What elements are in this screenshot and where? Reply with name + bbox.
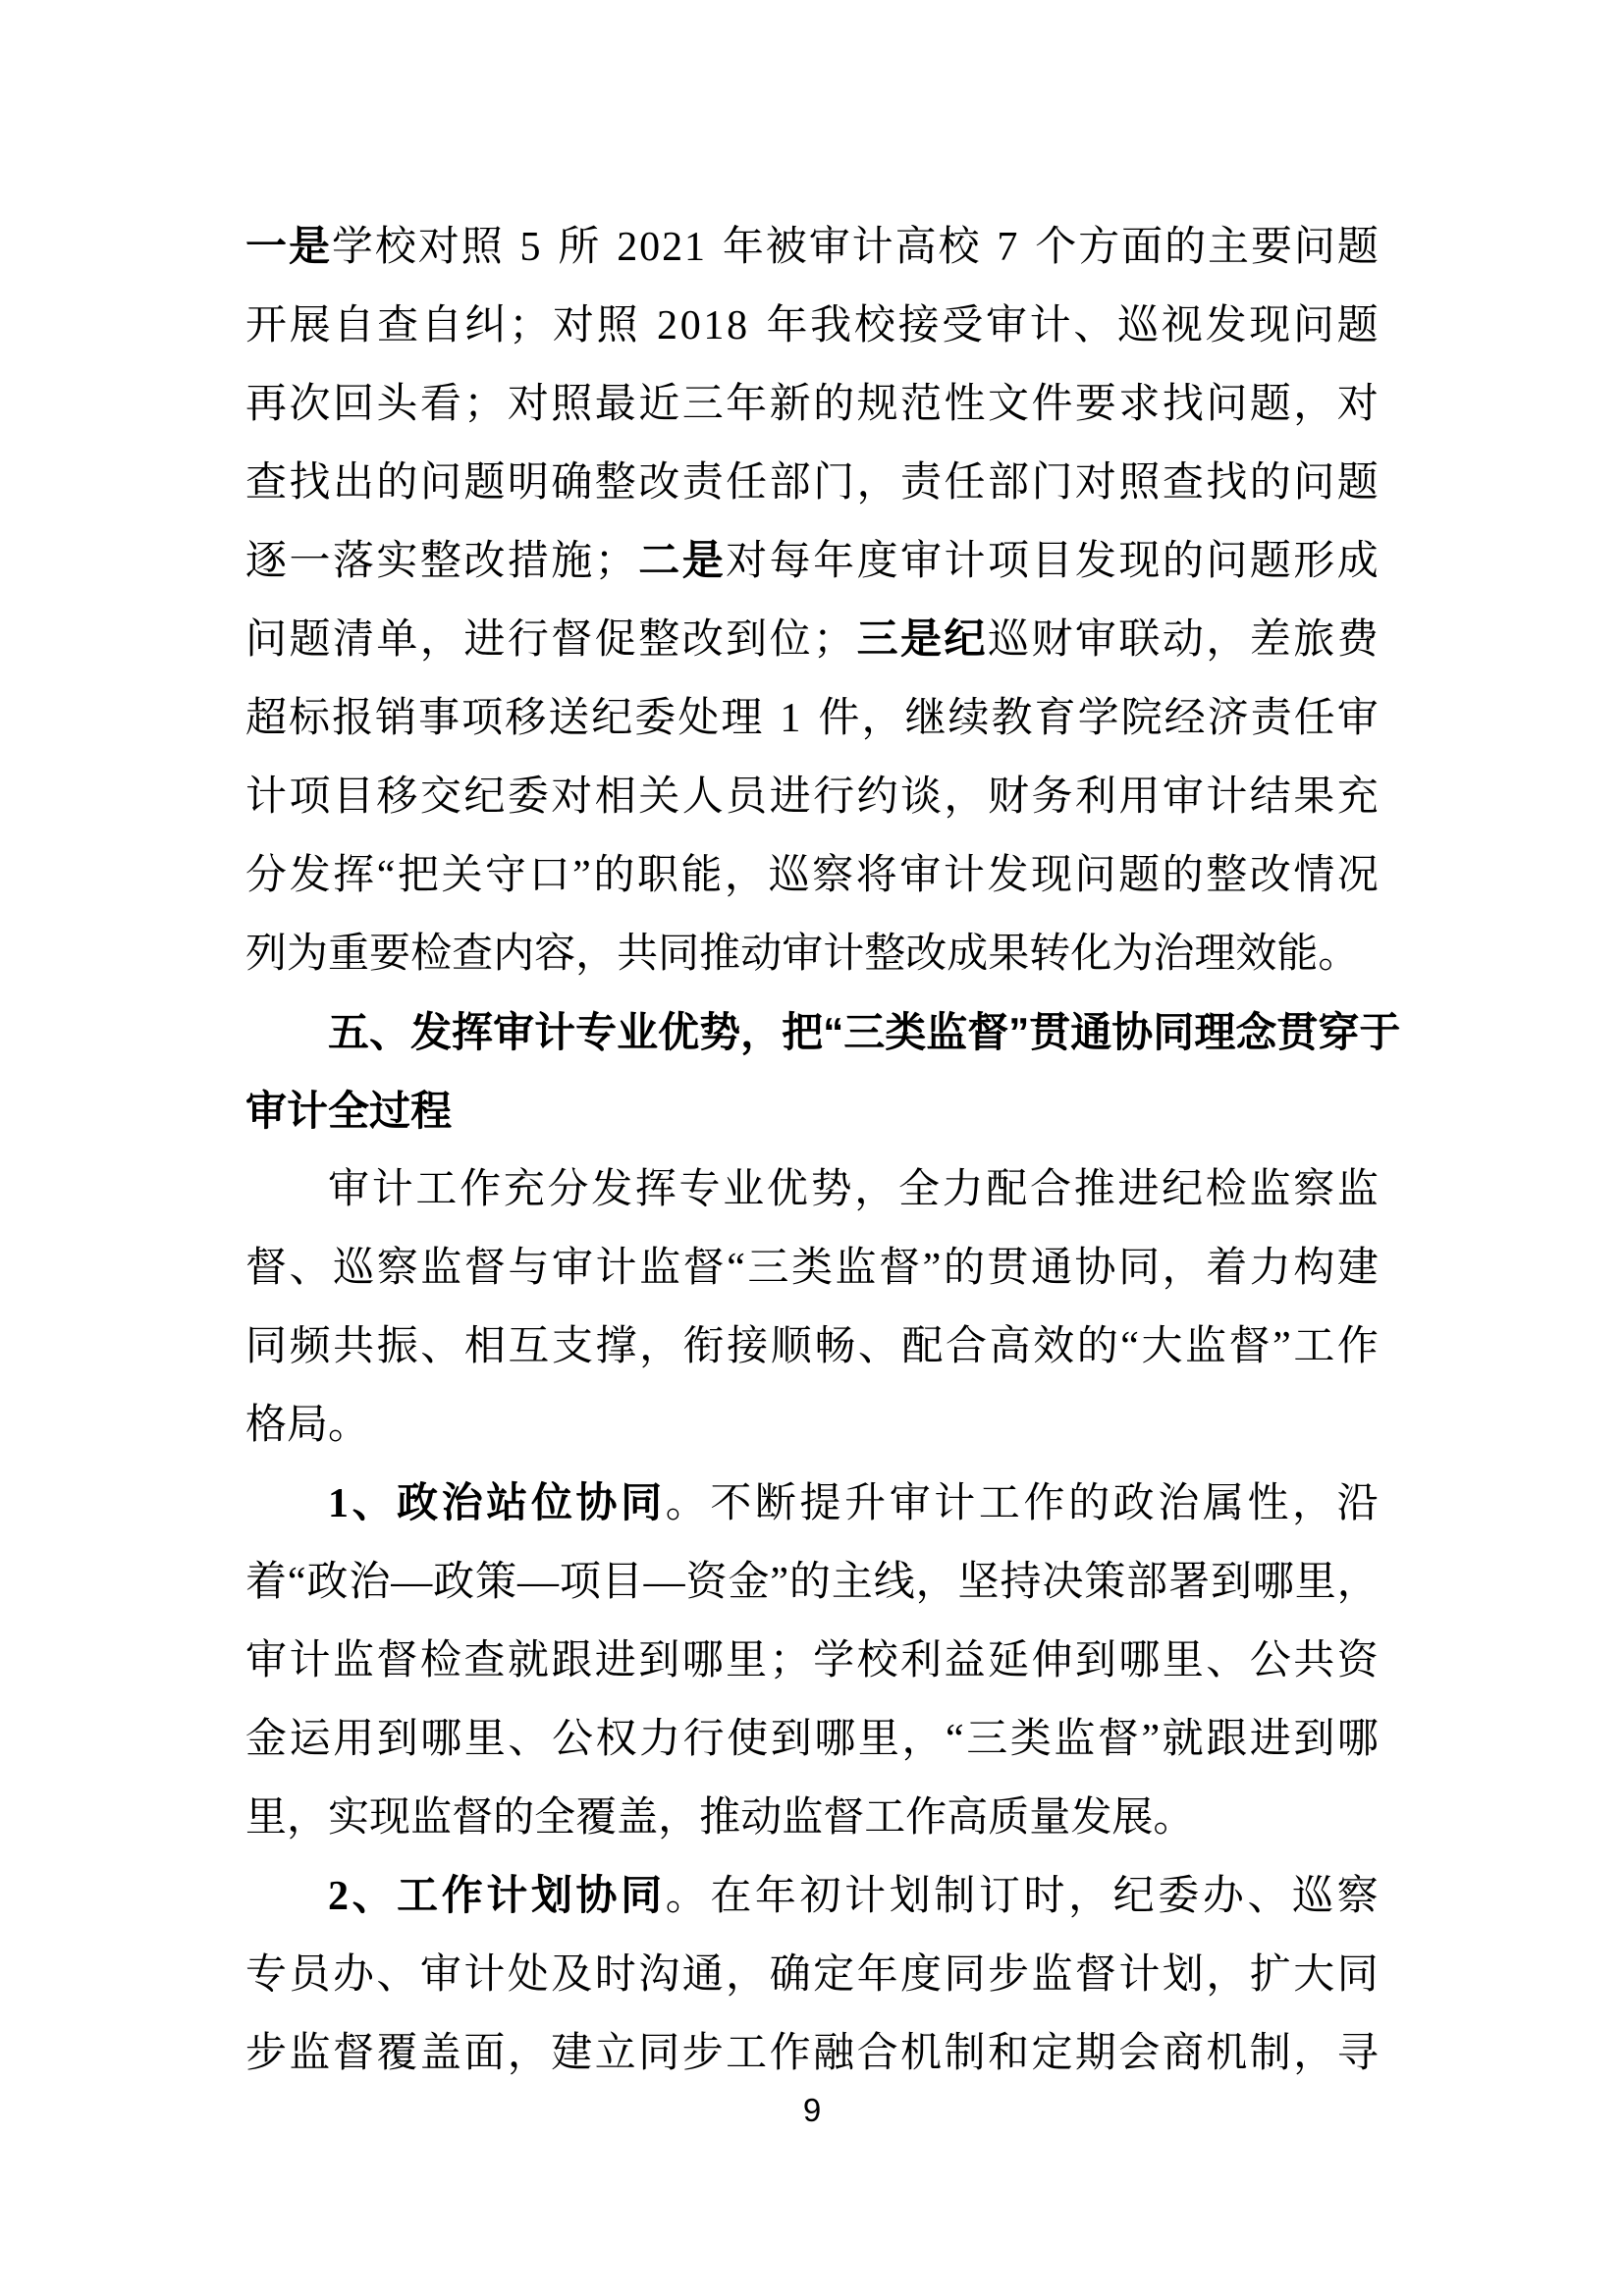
glyph: ， (1163, 1229, 1204, 1308)
document-body: 一是学校对照5所2021年被审计高校7个方面的主要问题开展自查自纠；对照2018… (245, 208, 1379, 2093)
glyph: 把 (398, 836, 439, 915)
glyph: 跟 (551, 1622, 592, 1700)
glyph: 最 (595, 365, 636, 444)
glyph: 高 (947, 1779, 988, 1857)
glyph: — (644, 1543, 685, 1622)
glyph: 同 (1337, 1936, 1379, 2014)
glyph: 谈 (900, 758, 942, 836)
glyph: 位 (770, 601, 811, 679)
glyph: “ (823, 993, 843, 1072)
glyph: 策 (475, 1543, 516, 1622)
glyph: 处 (677, 679, 719, 758)
glyph: 划 (890, 1857, 931, 1936)
glyph: 5 (520, 208, 541, 287)
glyph: ， (901, 1700, 943, 1779)
glyph: 督 (1229, 1308, 1271, 1386)
glyph: 求 (1118, 365, 1160, 444)
glyph: 巡 (988, 601, 1029, 679)
glyph: 门 (1031, 444, 1072, 522)
glyph: 计 (852, 208, 893, 287)
glyph: 对 (418, 208, 460, 287)
glyph: 查 (452, 915, 493, 993)
glyph: 格 (245, 1386, 287, 1465)
glyph: 、 (420, 1308, 461, 1386)
glyph: 转 (1029, 915, 1070, 993)
glyph: 年 (813, 522, 854, 601)
glyph: 治 (1158, 1465, 1199, 1543)
glyph: ， (1293, 2014, 1334, 2093)
glyph: 穿 (1318, 993, 1359, 1072)
glyph: 委 (508, 758, 549, 836)
glyph: 计 (245, 758, 287, 836)
glyph: 合 (946, 1308, 987, 1386)
glyph: 步 (245, 2014, 287, 2093)
glyph: 巡 (1292, 1857, 1333, 1936)
glyph: 任 (726, 444, 767, 522)
glyph: 整 (864, 915, 905, 993)
glyph: 治 (442, 1465, 483, 1543)
glyph: 五 (328, 993, 369, 1072)
glyph: 检 (410, 915, 452, 993)
glyph: 、 (1073, 287, 1114, 365)
glyph: 问 (420, 444, 461, 522)
glyph: 里 (726, 1622, 767, 1700)
glyph: 盖 (420, 2014, 461, 2093)
glyph: 资 (1337, 1622, 1379, 1700)
glyph: 效 (1235, 915, 1276, 993)
glyph: 问 (1294, 208, 1335, 287)
glyph: ， (508, 2014, 549, 2093)
glyph: 措 (508, 522, 549, 601)
glyph: 现 (1118, 522, 1160, 601)
glyph: 督 (464, 1229, 506, 1308)
glyph: 门 (813, 444, 854, 522)
glyph: 构 (1293, 1229, 1334, 1308)
glyph: 提 (800, 1465, 841, 1543)
glyph: 着 (1206, 1229, 1247, 1308)
glyph: 计 (463, 1936, 505, 2014)
glyph: 推 (699, 915, 740, 993)
text-line: 分发挥“把关守口”的职能，巡察将审计发现问题的整改情况 (245, 836, 1379, 915)
glyph: 是 (289, 208, 330, 287)
glyph: 问 (1293, 287, 1334, 365)
glyph: 计 (289, 1622, 330, 1700)
glyph: 我 (810, 287, 851, 365)
glyph: 哪 (420, 1700, 461, 1779)
glyph: 计 (844, 1857, 886, 1936)
glyph: 责 (900, 444, 942, 522)
glyph: — (517, 1543, 559, 1622)
glyph: 业 (617, 993, 658, 1072)
glyph: 量 (1029, 1779, 1070, 1857)
glyph: 发 (290, 836, 331, 915)
glyph: 实 (328, 1779, 369, 1857)
glyph: 找 (1163, 365, 1204, 444)
glyph: 的 (1250, 444, 1291, 522)
glyph: 三 (857, 601, 898, 679)
glyph: 的 (1068, 1465, 1110, 1543)
glyph: 1 (703, 287, 724, 365)
glyph: 制 (1250, 2014, 1291, 2093)
glyph: 守 (485, 836, 526, 915)
glyph: 制 (945, 2014, 986, 2093)
text-line: 查找出的问题明确整改责任部门，责任部门对照查找的问题 (245, 444, 1379, 522)
glyph: 化 (1070, 915, 1111, 993)
glyph: “ (1120, 1308, 1139, 1386)
glyph: 作 (1023, 1465, 1064, 1543)
glyph: 明 (508, 444, 549, 522)
text-line: 审计全过程 (245, 1072, 1379, 1150)
text-line: 1、政治站位协同。不断提升审计工作的政治属性，沿 (245, 1465, 1379, 1543)
glyph: 任 (1294, 679, 1335, 758)
glyph: 、 (858, 1308, 899, 1386)
glyph: 升 (844, 1465, 886, 1543)
glyph: 计 (534, 993, 575, 1072)
glyph: 相 (595, 758, 636, 836)
glyph: 性 (1247, 1465, 1288, 1543)
glyph: 进 (1250, 1700, 1291, 1779)
glyph: 同 (658, 915, 699, 993)
glyph: 职 (637, 836, 678, 915)
glyph: 、 (508, 1700, 549, 1779)
glyph: — (391, 1543, 432, 1622)
glyph: 纪 (591, 679, 632, 758)
glyph: 协 (1111, 993, 1153, 1072)
glyph: 实 (376, 522, 417, 601)
glyph: 业 (723, 1150, 764, 1229)
glyph: 作 (1337, 1308, 1379, 1386)
glyph: 件 (1031, 365, 1072, 444)
glyph: 题 (1337, 208, 1379, 287)
glyph: 过 (369, 1072, 410, 1150)
glyph: 伸 (1031, 1622, 1072, 1700)
glyph: 定 (1031, 2014, 1072, 2093)
glyph: 到 (377, 1700, 418, 1779)
glyph: 督 (333, 2014, 374, 2093)
glyph: 督 (823, 1779, 864, 1857)
text-line: 里，实现监督的全覆盖，推动监督工作高质量发展。 (245, 1779, 1379, 1857)
glyph: 题 (1337, 287, 1379, 365)
glyph: “ (946, 1700, 964, 1779)
glyph: 1 (684, 208, 705, 287)
glyph: 审 (552, 1229, 593, 1308)
glyph: 员 (726, 758, 767, 836)
glyph: 2 (328, 1857, 349, 1936)
glyph: “ (288, 1543, 306, 1622)
glyph: 成 (947, 915, 988, 993)
glyph: ， (725, 836, 766, 915)
glyph: ， (854, 1150, 895, 1229)
glyph: ” (770, 1543, 788, 1622)
glyph: ， (1068, 1857, 1110, 1936)
glyph: 利 (1075, 758, 1116, 836)
glyph: 一 (245, 208, 287, 287)
glyph: 同 (638, 2014, 679, 2093)
glyph: 面 (463, 2014, 505, 2093)
glyph: ” (1008, 993, 1029, 1072)
glyph: 到 (1211, 1543, 1252, 1622)
text-line: 步监督覆盖面，建立同步工作融合机制和定期会商机制，寻 (245, 2014, 1379, 2093)
glyph: 现 (1249, 287, 1290, 365)
glyph: 作 (460, 1150, 501, 1229)
glyph: 里 (1163, 1622, 1204, 1700)
glyph: 对 (1337, 365, 1379, 444)
glyph: 开 (245, 287, 287, 365)
glyph: 巡 (1117, 287, 1159, 365)
glyph: 方 (1078, 208, 1119, 287)
glyph: 口 (529, 836, 570, 915)
text-line: 超标报销事项移送纪委处理1件，继续教育学院经济责任审 (245, 679, 1379, 758)
glyph: 果 (1293, 758, 1334, 836)
glyph: 察 (377, 1229, 418, 1308)
glyph: 将 (856, 836, 897, 915)
glyph: 院 (1121, 679, 1163, 758)
glyph: 及 (551, 1936, 592, 2014)
paragraph-2: 审计工作充分发挥专业优势，全力配合推进纪检监察监督、巡察监督与审计监督“三类监督… (245, 1150, 1379, 1465)
glyph: 次 (289, 365, 330, 444)
glyph: 行 (683, 1700, 725, 1779)
glyph: ； (509, 287, 550, 365)
glyph: 。 (666, 1857, 707, 1936)
glyph: 同 (245, 1308, 287, 1386)
glyph: 查 (1163, 444, 1204, 522)
glyph: 振 (377, 1308, 418, 1386)
glyph: 配 (901, 1308, 943, 1386)
glyph: 移 (376, 758, 417, 836)
glyph: 要 (1251, 208, 1292, 287)
glyph: 审 (1163, 758, 1204, 836)
glyph: 监 (289, 2014, 330, 2093)
glyph: 挥 (452, 993, 493, 1072)
glyph: 的 (789, 1543, 831, 1622)
glyph: 延 (988, 1622, 1029, 1700)
glyph: 动 (740, 1779, 782, 1857)
glyph: 事 (418, 679, 460, 758)
text-line: 同频共振、相互支撑，衔接顺畅、配合高效的“大监督”工作 (245, 1308, 1379, 1386)
glyph: 协 (576, 1465, 618, 1543)
glyph: 整 (420, 522, 461, 601)
glyph: 照 (551, 365, 592, 444)
glyph: 照 (1118, 444, 1160, 522)
glyph: 立 (595, 2014, 636, 2093)
glyph: 机 (900, 2014, 942, 2093)
glyph: 部 (1126, 1543, 1167, 1622)
glyph: 施 (551, 522, 592, 601)
glyph: 与 (508, 1229, 549, 1308)
glyph: 纪 (463, 758, 505, 836)
glyph: 力 (943, 1150, 984, 1229)
glyph: 使 (727, 1700, 768, 1779)
text-line: 计项目移交纪委对相关人员进行约谈，财务利用审计结果充 (245, 758, 1379, 836)
glyph: 督 (376, 1622, 417, 1700)
glyph: 整 (1206, 836, 1247, 915)
glyph: 接 (727, 1308, 768, 1386)
glyph: 划 (1163, 1936, 1204, 2014)
glyph: 通 (1031, 1229, 1072, 1308)
glyph: 约 (857, 758, 898, 836)
glyph: ， (420, 601, 461, 679)
glyph: 金 (728, 1543, 769, 1622)
glyph: 视 (1162, 287, 1203, 365)
glyph: 到 (1075, 1622, 1116, 1700)
glyph: 受 (942, 287, 983, 365)
glyph: 动 (740, 915, 782, 993)
glyph: 进 (463, 601, 505, 679)
glyph: 融 (813, 2014, 854, 2093)
glyph: 协 (1075, 1229, 1116, 1308)
text-line: 2、工作计划协同。在年初计划制订时，纪委办、巡察 (245, 1857, 1379, 1936)
glyph: 确 (770, 1936, 811, 2014)
glyph: 情 (1293, 836, 1334, 915)
glyph: 高 (990, 1308, 1031, 1386)
glyph: 畅 (814, 1308, 855, 1386)
glyph: 衔 (683, 1308, 725, 1386)
glyph: ” (1272, 1308, 1291, 1386)
glyph: 效 (1033, 1308, 1074, 1386)
glyph: 同 (945, 1936, 986, 2014)
glyph: ， (639, 1308, 680, 1386)
glyph: 改 (1250, 836, 1291, 915)
glyph: 二 (638, 522, 679, 601)
text-line: 金运用到哪里、公权力行使到哪里，“三类监督”就跟进到哪 (245, 1700, 1379, 1779)
glyph: 撑 (596, 1308, 637, 1386)
glyph: 现 (369, 1779, 410, 1857)
glyph: 计 (945, 522, 986, 601)
glyph: 充 (504, 1150, 545, 1229)
glyph: 到 (771, 1700, 812, 1779)
glyph: 划 (531, 1857, 572, 1936)
glyph: 频 (290, 1308, 331, 1386)
glyph: 新 (770, 365, 811, 444)
glyph: 金 (245, 1700, 287, 1779)
glyph: 站 (486, 1465, 527, 1543)
glyph: 里 (858, 1700, 899, 1779)
glyph: 纪 (1113, 1857, 1155, 1936)
glyph: 理 (1194, 993, 1235, 1072)
glyph: 覆 (575, 1779, 617, 1857)
glyph: 清 (333, 601, 374, 679)
glyph: 的 (593, 836, 634, 915)
glyph: 进 (1117, 1150, 1159, 1229)
glyph: 问 (1206, 522, 1247, 601)
glyph: 大 (1141, 1308, 1182, 1386)
glyph: 作 (770, 2014, 811, 2093)
glyph: 范 (900, 365, 942, 444)
glyph: ， (861, 679, 902, 758)
paragraph-4: 2、工作计划协同。在年初计划制订时，纪委办、巡察专员办、审计处及时沟通，确定年度… (245, 1857, 1379, 2093)
text-line: 逐一落实整改措施；二是对每年度审计项目发现的问题形成 (245, 522, 1379, 601)
glyph: 续 (948, 679, 990, 758)
glyph: 。 (1153, 1779, 1194, 1857)
glyph: 同 (1118, 1229, 1160, 1308)
glyph: 纪 (945, 601, 986, 679)
glyph: 任 (945, 444, 986, 522)
glyph: ” (572, 836, 591, 915)
glyph: 容 (534, 915, 575, 993)
glyph: 断 (755, 1465, 796, 1543)
glyph: 同 (621, 1857, 662, 1936)
glyph: 是 (682, 522, 724, 601)
glyph: 检 (1206, 1150, 1247, 1229)
glyph: 的 (1163, 522, 1204, 601)
text-line: 问题清单，进行督促整改到位；三是纪巡财审联动，差旅费 (245, 601, 1379, 679)
glyph: 部 (770, 444, 811, 522)
glyph: 出 (333, 444, 374, 522)
paragraph-1: 一是学校对照5所2021年被审计高校7个方面的主要问题开展自查自纠；对照2018… (245, 208, 1379, 993)
glyph: 作 (442, 1857, 483, 1936)
text-line: 五、发挥审计专业优势，把“三类监督”贯通协同理念贯穿于 (245, 993, 1379, 1072)
glyph: 年 (723, 208, 764, 287)
glyph: 沿 (1337, 1465, 1379, 1543)
text-line: 列为重要检查内容，共同推动审计整改成果转化为治理效能。 (245, 915, 1379, 993)
glyph: 会 (1118, 2014, 1160, 2093)
glyph: 和 (988, 2014, 1029, 2093)
glyph: 三 (747, 1229, 788, 1308)
glyph: 时 (1023, 1857, 1064, 1936)
glyph: 念 (1235, 993, 1276, 1072)
glyph: 展 (290, 287, 331, 365)
glyph: 计 (944, 836, 985, 915)
glyph: 纠 (465, 287, 507, 365)
glyph: 交 (420, 758, 461, 836)
glyph: 改 (682, 601, 724, 679)
glyph: 推 (1074, 1150, 1115, 1229)
glyph: 度 (900, 1936, 942, 2014)
glyph: 查 (245, 444, 287, 522)
glyph: ” (1141, 1700, 1160, 1779)
glyph: 形 (1293, 522, 1334, 601)
glyph: 标 (289, 679, 330, 758)
glyph: 察 (1337, 1857, 1379, 1936)
glyph: 题 (289, 601, 330, 679)
glyph: 责 (682, 444, 724, 522)
glyph: 发 (591, 1150, 632, 1229)
glyph: 督 (1098, 1700, 1139, 1779)
glyph: 对 (553, 287, 594, 365)
glyph: 政 (397, 1465, 438, 1543)
glyph: 制 (934, 1857, 975, 1936)
glyph: 主 (832, 1543, 873, 1622)
glyph: 发 (410, 993, 452, 1072)
glyph: 哪 (1253, 1543, 1294, 1622)
glyph: 巡 (769, 836, 810, 915)
glyph: 销 (375, 679, 416, 758)
glyph: 能 (680, 836, 722, 915)
glyph: 于 (1359, 993, 1400, 1072)
glyph: 目 (602, 1543, 643, 1622)
glyph: ， (945, 758, 986, 836)
glyph: 监 (836, 1229, 877, 1308)
glyph: 监 (1031, 1936, 1072, 2014)
glyph: ； (595, 522, 636, 601)
glyph: 挥 (333, 836, 374, 915)
glyph: 纪 (1162, 1150, 1203, 1229)
glyph: 定 (813, 1936, 854, 2014)
glyph: 差 (1250, 601, 1291, 679)
glyph: 8 (727, 287, 747, 365)
glyph: “ (727, 1229, 745, 1308)
text-line: 一是学校对照5所2021年被审计高校7个方面的主要问题 (245, 208, 1379, 287)
glyph: 益 (945, 1622, 986, 1700)
glyph: 发 (987, 836, 1028, 915)
glyph: 署 (1168, 1543, 1210, 1622)
glyph: 覆 (376, 2014, 417, 2093)
glyph: 2 (657, 287, 677, 365)
glyph: 题 (1337, 444, 1379, 522)
glyph: 看 (420, 365, 461, 444)
glyph: 监 (926, 993, 967, 1072)
glyph: 一 (289, 522, 330, 601)
